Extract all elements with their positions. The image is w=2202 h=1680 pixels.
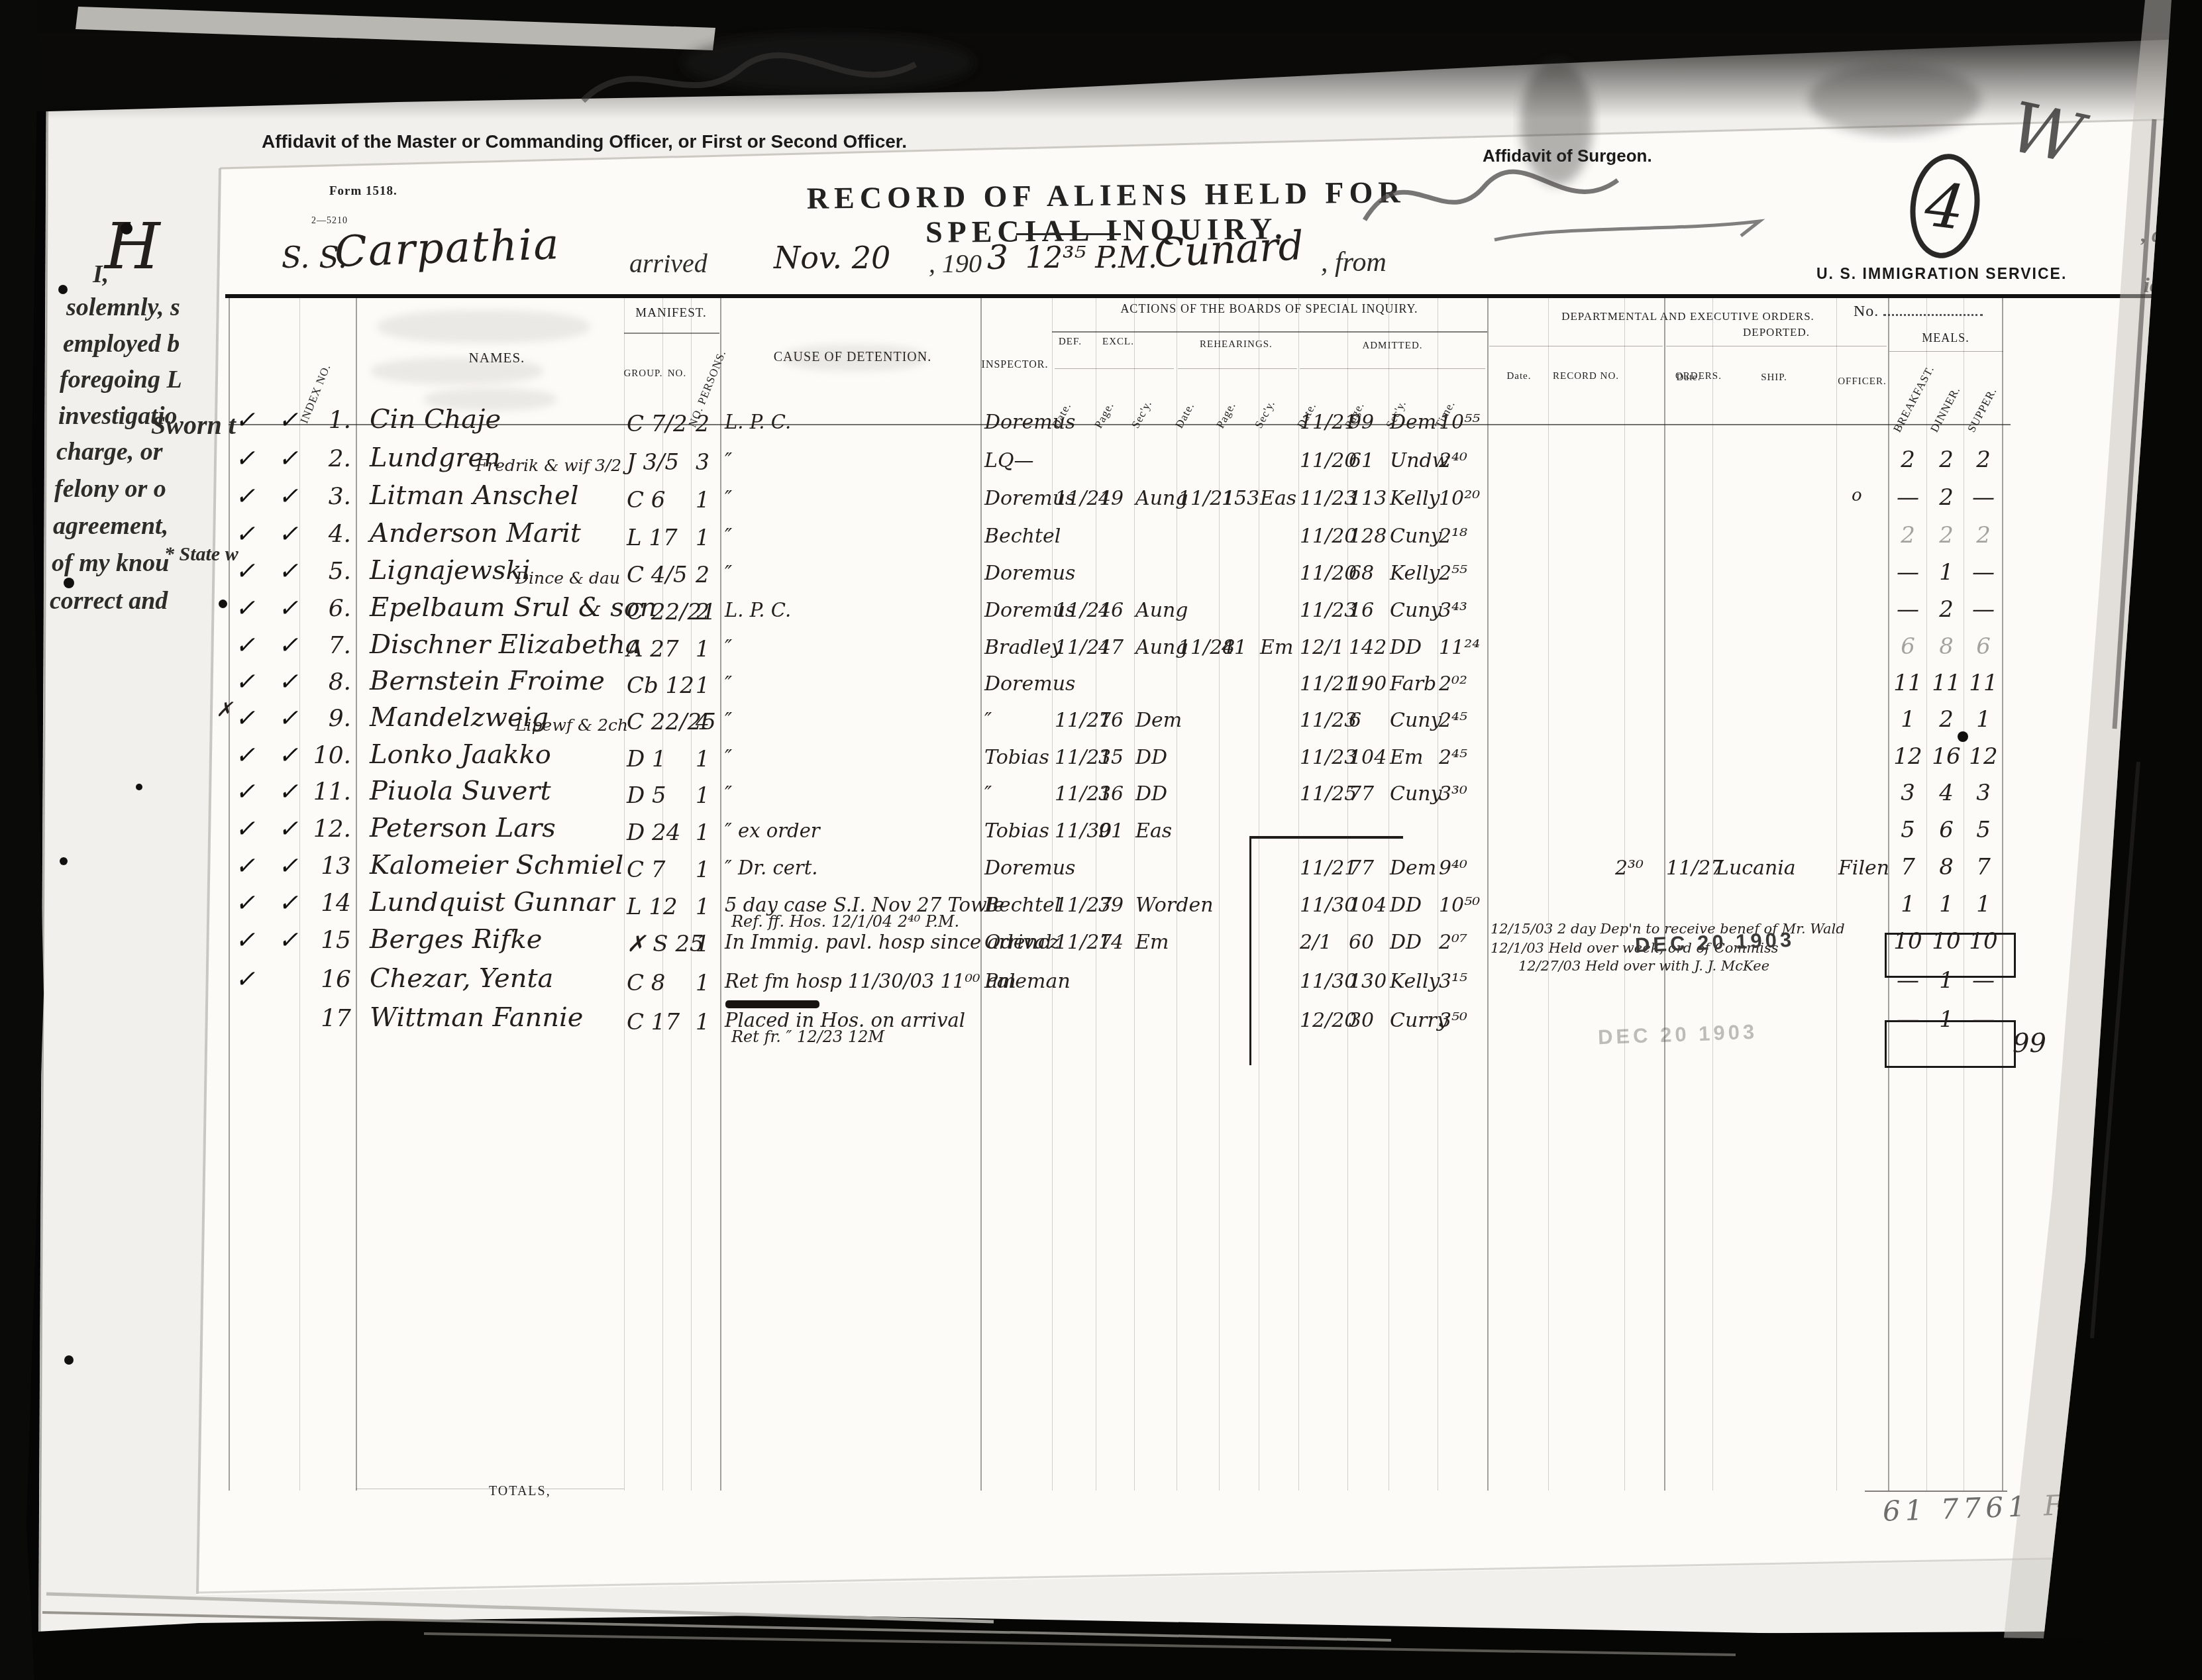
cause-of-detention: ″ (725, 562, 732, 585)
cause-of-detention: ″ ex order (725, 819, 820, 842)
meals-breakfast: 1 (1889, 891, 1926, 918)
def-page: 46 (1098, 599, 1124, 622)
admitted-secy: Kelly (1390, 562, 1440, 585)
meals-breakfast: 2 (1889, 446, 1926, 473)
alien-name: Piuola Suvert (370, 776, 551, 806)
rule-line (1052, 331, 1487, 333)
def-page: 36 (1098, 782, 1124, 806)
meals-breakfast: — (1889, 484, 1926, 511)
col-officer: OFFICER. (1836, 376, 1888, 388)
deported-date: 11/27 (1666, 857, 1723, 880)
index-number: 7. (298, 632, 351, 659)
alien-name: Litman Anschel (370, 480, 579, 511)
col-manifest-no: NO. (662, 368, 692, 380)
manifest-group: A 27 (627, 636, 679, 662)
scan-dot (64, 1355, 74, 1365)
col-reh-secy: Sec'y. (1252, 398, 1278, 431)
column-line (1438, 298, 1438, 1491)
scan-dot (1958, 731, 1968, 742)
meals-supper: — (1965, 559, 2002, 586)
persons-count: 1 (696, 857, 709, 882)
meals-dinner: 6 (1928, 817, 1965, 843)
persons-count: 1 (696, 672, 709, 698)
check-mark: ✓ (235, 483, 255, 510)
arrival-date: Nov. 20 (774, 240, 890, 276)
col-departmental: DEPARTMENTAL AND EXECUTIVE ORDERS. (1489, 310, 1887, 323)
rehearing-secy: Em (1260, 636, 1293, 659)
manifest-group: C 7 (627, 857, 665, 883)
inspector: Bechtel (984, 894, 1061, 917)
meals-supper: 7 (1965, 854, 2002, 880)
col-def: DEF. (1059, 337, 1082, 348)
meals-breakfast: 3 (1889, 780, 1926, 806)
page-number-text: 4 (1921, 168, 1968, 243)
inspector: ″ (984, 782, 992, 806)
rule-line (1055, 368, 1174, 369)
check-mark: ✓ (235, 558, 255, 585)
col-deported: DEPORTED. (1666, 326, 1887, 339)
check-mark: ✓ (235, 927, 255, 954)
admitted-page: 77 (1349, 857, 1374, 880)
cause-of-detention: Ret fm hosp 11/30/03 11⁰⁰ am (725, 970, 1016, 992)
ink-bleed-smear (371, 358, 543, 384)
form-number: Form 1518. (329, 184, 397, 199)
affidavit-text-fragment: solemnly, s (66, 293, 180, 322)
no-blank-line (1883, 297, 1983, 316)
check-mark: ✓ (235, 632, 255, 659)
meals-dinner: 8 (1928, 854, 1965, 880)
manifest-group: L 12 (627, 894, 678, 920)
column-line (1298, 298, 1299, 1491)
col-supper: SUPPER. (1965, 386, 1999, 435)
meals-supper: 1 (1965, 891, 2002, 918)
cause-of-detention-2: Ref. ff. Hos. 12/1/04 2⁴⁰ P.M. (731, 912, 959, 931)
check-mark: ✓ (235, 705, 255, 732)
admitted-page: 68 (1349, 562, 1374, 585)
check-mark: ✓ (235, 966, 255, 993)
admitted-time: 2⁰² (1439, 672, 1467, 696)
index-number: 13 (298, 853, 351, 880)
column-line (229, 298, 230, 1491)
meals-dinner: 2 (1928, 706, 1965, 733)
persons-count: 2 (696, 411, 709, 437)
persons-count: 1 (696, 894, 709, 919)
index-number: 15 (298, 927, 351, 954)
admitted-time: 3⁵⁰ (1439, 1009, 1467, 1032)
persons-count: 1 (696, 782, 709, 808)
column-line (356, 298, 357, 1491)
column-line (1712, 298, 1713, 1491)
col-rehearings: REHEARINGS. (1177, 339, 1296, 350)
deported-ship: Lucania (1716, 857, 1796, 880)
ship-name: Carpathia (334, 220, 561, 277)
manifest-group: C 7/2 (627, 411, 688, 437)
admitted-secy: Dem (1390, 411, 1436, 434)
index-number: 17 (298, 1005, 351, 1032)
check-mark: ✓ (278, 853, 298, 880)
col-admitted: ADMITTED. (1300, 341, 1485, 352)
meals-dinner: 1 (1928, 1006, 1965, 1033)
rehearing-page: 41 (1222, 636, 1247, 659)
admitted-page: 16 (1349, 599, 1374, 622)
manifest-group: J 3/5 (627, 449, 679, 476)
admitted-page: 77 (1349, 782, 1374, 806)
meals-dinner: 10 (1928, 928, 1965, 955)
index-number: 5. (298, 558, 351, 585)
alien-name: Chezar, Yenta (370, 963, 553, 994)
meals-supper: 11 (1965, 670, 2002, 696)
manifest-group: ✗ S 25 (627, 931, 704, 957)
admitted-time: 9⁴⁰ (1439, 857, 1467, 880)
year-printed: , 190 (929, 248, 982, 279)
meals-supper: 12 (1965, 743, 2002, 770)
scanned-document-page: Affidavit of the Master or Commanding Of… (0, 0, 2202, 1680)
cause-of-detention: ″ Dr. cert. (725, 857, 818, 879)
cause-of-detention: ″ (725, 782, 732, 806)
def-page: 91 (1098, 819, 1124, 843)
admitted-secy: Em (1390, 746, 1423, 769)
column-line (2002, 298, 2003, 1491)
persons-count: 1 (696, 931, 709, 957)
inspector: Doremus (984, 857, 1075, 880)
alien-name: Kalomeier Schmiel (370, 850, 623, 880)
inspector: Tobias (984, 746, 1049, 769)
admitted-time: 10⁵⁰ (1439, 894, 1480, 917)
scan-dot (136, 784, 142, 790)
check-mark: ✓ (278, 558, 298, 585)
admitted-secy: Kelly (1390, 970, 1440, 993)
admitted-secy: DD (1390, 931, 1422, 954)
manifest-group: D 5 (627, 782, 666, 809)
def-secy: Eas (1135, 819, 1172, 843)
alien-name-suffix: Dince & dau (515, 568, 620, 588)
cause-of-detention: ″ (725, 709, 732, 732)
index-number: 11. (298, 778, 351, 806)
alien-name: Cin Chaje (370, 404, 501, 435)
manifest-group: D 1 (627, 746, 666, 772)
col-dep-date: Date. (1666, 372, 1711, 384)
alien-name-suffix: Lipewf & 2ch (515, 715, 628, 735)
check-mark: ✓ (278, 890, 298, 917)
rule-line (1489, 346, 1663, 346)
ink-bleed-smear (782, 344, 927, 371)
column-line (1548, 298, 1549, 1491)
alien-name: Berges Rifke (370, 924, 542, 955)
meals-dinner: 2 (1928, 522, 1965, 549)
meals-breakfast: 7 (1889, 854, 1926, 880)
affidavit-text-fragment: correct and (50, 586, 168, 615)
cause-of-detention: L. P. C. (725, 411, 791, 433)
check-mark: ✓ (235, 668, 255, 696)
manifest-group: D 24 (627, 819, 680, 846)
col-meals: MEALS. (1889, 331, 2002, 345)
index-number: 8. (298, 668, 351, 696)
cause-of-detention: L. P. C. (725, 599, 791, 621)
rule-line (1249, 836, 1403, 839)
admitted-secy: Cuny (1390, 709, 1442, 732)
alien-name: Wittman Fannie (370, 1002, 583, 1033)
inspector: LQ— (984, 449, 1034, 472)
pencil-page-number: 4 (1905, 150, 1985, 262)
admitted-page: 30 (1349, 1009, 1374, 1032)
meals-supper: — (1965, 967, 2002, 994)
check-mark: ✓ (278, 778, 298, 806)
admitted-secy: Cuny (1390, 599, 1442, 622)
meals-breakfast: 5 (1889, 817, 1926, 843)
state-fragment: * State w (164, 543, 238, 566)
meals-supper: 6 (1965, 633, 2002, 660)
admitted-page: 190 (1349, 672, 1387, 696)
deported-officer: Filen (1838, 857, 1889, 880)
admitted-secy: Cuny (1390, 782, 1442, 806)
manifest-group: C 17 (627, 1009, 680, 1035)
index-number: 14 (298, 890, 351, 917)
def-secy: Dem (1135, 709, 1182, 732)
check-mark: ✓ (278, 521, 298, 548)
column-line (1219, 298, 1220, 1491)
ink-box-line (1249, 836, 1251, 1065)
meals-supper: 10 (1965, 928, 2002, 955)
index-number: 12. (298, 815, 351, 843)
col-group: GROUP. (623, 368, 663, 380)
check-mark: ✓ (235, 890, 255, 917)
meals-breakfast: — (1889, 596, 1926, 623)
persons-count: 1 (696, 746, 709, 772)
affidavit-text-fragment: employed b (63, 329, 180, 358)
col-record-no: RECORD NO. (1549, 371, 1623, 382)
rule-line (1300, 368, 1485, 369)
admitted-page: 104 (1349, 894, 1387, 917)
def-page: 39 (1098, 894, 1124, 917)
cause-of-detention: ″ (725, 449, 732, 472)
service-name: U. S. IMMIGRATION SERVICE. (1816, 265, 2067, 283)
scan-dot (121, 223, 132, 235)
check-mark: ✓ (235, 853, 255, 880)
arrival-time: 12³⁵ P.M. (1025, 241, 1157, 275)
index-number: 16 (298, 966, 351, 993)
scan-dot (219, 600, 227, 608)
manifest-group: Cb 12 (627, 672, 694, 699)
persons-count: 2 (696, 599, 709, 625)
steamship-line: Cunard (1153, 223, 1304, 277)
meals-dinner: 4 (1928, 780, 1965, 806)
affidavit-text-fragment: foregoing L (60, 365, 182, 394)
manifest-group: C 8 (627, 970, 665, 996)
inspector: Doremus (984, 411, 1075, 434)
check-mark: ✓ (278, 668, 298, 696)
index-number: 6. (298, 595, 351, 622)
signature-initial: H (105, 209, 160, 284)
master-affidavit-title: Affidavit of the Master or Commanding Of… (262, 131, 907, 152)
index-number: 10. (298, 742, 351, 769)
admitted-time: 3⁴³ (1439, 599, 1467, 622)
def-page: 47 (1098, 636, 1124, 659)
inspector: Doremus (984, 562, 1075, 585)
affidavit-text-fragment: of my knou (52, 549, 169, 578)
check-mark: ✓ (278, 927, 298, 954)
meals-breakfast: — (1889, 1006, 1926, 1033)
persons-count: 3 (696, 449, 709, 475)
sworn-fragment: Sworn t (151, 409, 236, 441)
meals-dinner: 8 (1928, 633, 1965, 660)
meals-supper: — (1965, 596, 2002, 623)
inspector: Doremus (984, 672, 1075, 696)
rehearing-page: 153 (1222, 487, 1259, 510)
rule-line (1666, 346, 1887, 346)
rule-line (624, 333, 719, 334)
check-mark: ✓ (278, 705, 298, 732)
cause-of-detention: ″ (725, 636, 732, 659)
col-actions: ACTIONS OF THE BOARDS OF SPECIAL INQUIRY… (1053, 302, 1485, 316)
index-number: 1. (298, 407, 351, 434)
alien-name: Dischner Elizabetha (370, 629, 641, 660)
def-secy: DD (1135, 782, 1167, 806)
column-line (1134, 298, 1135, 1491)
admitted-secy: Farb (1390, 672, 1436, 696)
admitted-time: 11²⁴ (1439, 636, 1480, 659)
meals-breakfast: — (1889, 967, 1926, 994)
meals-supper: 3 (1965, 780, 2002, 806)
admitted-page: 128 (1349, 525, 1387, 548)
meals-breakfast: 12 (1889, 743, 1926, 770)
meal-margin-mark: o (1852, 486, 1862, 505)
admitted-time: 2¹⁸ (1439, 525, 1467, 548)
cause-of-detention: ″ (725, 746, 732, 769)
affidavit-text-fragment-right: , do (2141, 223, 2173, 247)
index-number: 4. (298, 521, 351, 548)
inspector: Odencz (984, 931, 1059, 954)
persons-count: 2 (696, 562, 709, 588)
def-secy: DD (1135, 746, 1167, 769)
check-mark: ✓ (278, 595, 298, 622)
persons-count: 1 (696, 487, 709, 513)
column-line (1664, 298, 1665, 1491)
meals-supper: 1 (1965, 706, 2002, 733)
scan-dot (58, 285, 68, 294)
cause-of-detention: ″ (725, 487, 732, 510)
admitted-secy: Cuny (1390, 525, 1442, 548)
ink-bleed-smear (378, 310, 590, 343)
admitted-page: 60 (1349, 931, 1374, 954)
scan-dot (64, 578, 74, 588)
manifest-group: C 4/5 (627, 562, 688, 588)
alien-name: Peterson Lars (370, 813, 556, 843)
admitted-time: 10²⁰ (1439, 487, 1480, 510)
admitted-date: 12/1 (1300, 636, 1344, 659)
rule-line (1889, 351, 2003, 352)
admitted-time: 3³⁰ (1439, 782, 1467, 806)
date-stamp-faint: DEC 20 1903 (1597, 1020, 1757, 1049)
admitted-time: 10⁵⁵ (1439, 411, 1480, 434)
meals-breakfast: 1 (1889, 706, 1926, 733)
col-manifest: MANIFEST. (623, 306, 719, 321)
check-mark: ✓ (278, 632, 298, 659)
meals-breakfast: — (1889, 559, 1926, 586)
check-mark: ✓ (278, 742, 298, 769)
check-mark: ✓ (235, 815, 255, 843)
admitted-time: 2⁴⁵ (1439, 746, 1467, 769)
admitted-page: 130 (1349, 970, 1387, 993)
persons-count: 1 (696, 525, 709, 551)
alien-name-suffix: Fredrik & wif 3/2 (476, 456, 621, 475)
def-secy: Aung (1135, 599, 1188, 622)
year-digit: 3 (987, 238, 1008, 277)
admitted-time: 3¹⁵ (1439, 970, 1467, 993)
alien-name: Lundquist Gunnar (370, 887, 614, 918)
check-mark: ✓ (235, 521, 255, 548)
column-line (1389, 298, 1389, 1491)
inspector: ″ (984, 709, 992, 732)
meals-dinner: 1 (1928, 891, 1965, 918)
title-underline (1016, 233, 1121, 235)
inspector: Bradley (984, 636, 1063, 659)
affidavit-text-fragment: I, (93, 260, 109, 289)
column-line (1487, 298, 1489, 1491)
alien-name: Epelbaum Srul & son (370, 592, 657, 623)
meals-supper: 2 (1965, 446, 2002, 473)
affidavit-text-fragment-right: — (2177, 343, 2198, 368)
meals-dinner: 1 (1928, 967, 1965, 994)
admitted-secy: Dem (1390, 857, 1436, 880)
def-page: 14 (1098, 931, 1124, 954)
inspector: Bechtel (984, 525, 1061, 548)
column-line (1836, 298, 1837, 1491)
col-def-secy: Sec'y. (1129, 398, 1155, 431)
meals-dinner: 2 (1928, 446, 1965, 473)
check-mark: ✓ (278, 483, 298, 510)
totals-label: TOTALS, (489, 1484, 551, 1499)
meals-dinner: 2 (1928, 596, 1965, 623)
inspector: Paleman (984, 970, 1071, 993)
column-line (1259, 298, 1259, 1491)
from-label: , from (1321, 246, 1387, 278)
admitted-page: 142 (1349, 636, 1387, 659)
admitted-time: 2⁰⁷ (1439, 931, 1467, 954)
scan-dot (60, 857, 68, 865)
pencil-w-mark: W (2003, 86, 2089, 180)
affidavit-text-fragment: felony or o (54, 474, 166, 503)
admitted-page: 113 (1349, 487, 1387, 510)
column-line (624, 298, 625, 1491)
def-page: 76 (1098, 709, 1124, 732)
admitted-page: 99 (1349, 411, 1374, 434)
meals-breakfast: 6 (1889, 633, 1926, 660)
index-number: 9. (298, 705, 351, 732)
meals-dinner: 1 (1928, 559, 1965, 586)
alien-name: Lonko Jaakko (370, 739, 551, 770)
ink-smudge (725, 1000, 819, 1008)
meals-supper: — (1965, 484, 2002, 511)
persons-count: 1 (696, 970, 709, 996)
check-mark: ✓ (235, 778, 255, 806)
affidavit-text-fragment: charge, or (56, 437, 162, 466)
col-inspector: INSPECTOR. (980, 359, 1049, 371)
check-mark: ✓ (235, 595, 255, 622)
meals-dinner: 11 (1928, 670, 1965, 696)
check-mark: ✓ (235, 445, 255, 472)
meals-supper: — (1965, 1006, 2002, 1033)
col-excl: EXCL. (1102, 337, 1134, 348)
rule-line (225, 294, 2202, 298)
check-mark: ✓ (235, 742, 255, 769)
inspector: Tobias (984, 819, 1049, 843)
admitted-secy: DD (1390, 636, 1422, 659)
admitted-page: 61 (1349, 449, 1374, 472)
surgeon-affidavit-title: Affidavit of Surgeon. (1483, 146, 1652, 166)
meals-dinner: 16 (1928, 743, 1965, 770)
admitted-date: 2/1 (1300, 931, 1332, 954)
col-dinner: DINNER. (1928, 384, 1963, 435)
